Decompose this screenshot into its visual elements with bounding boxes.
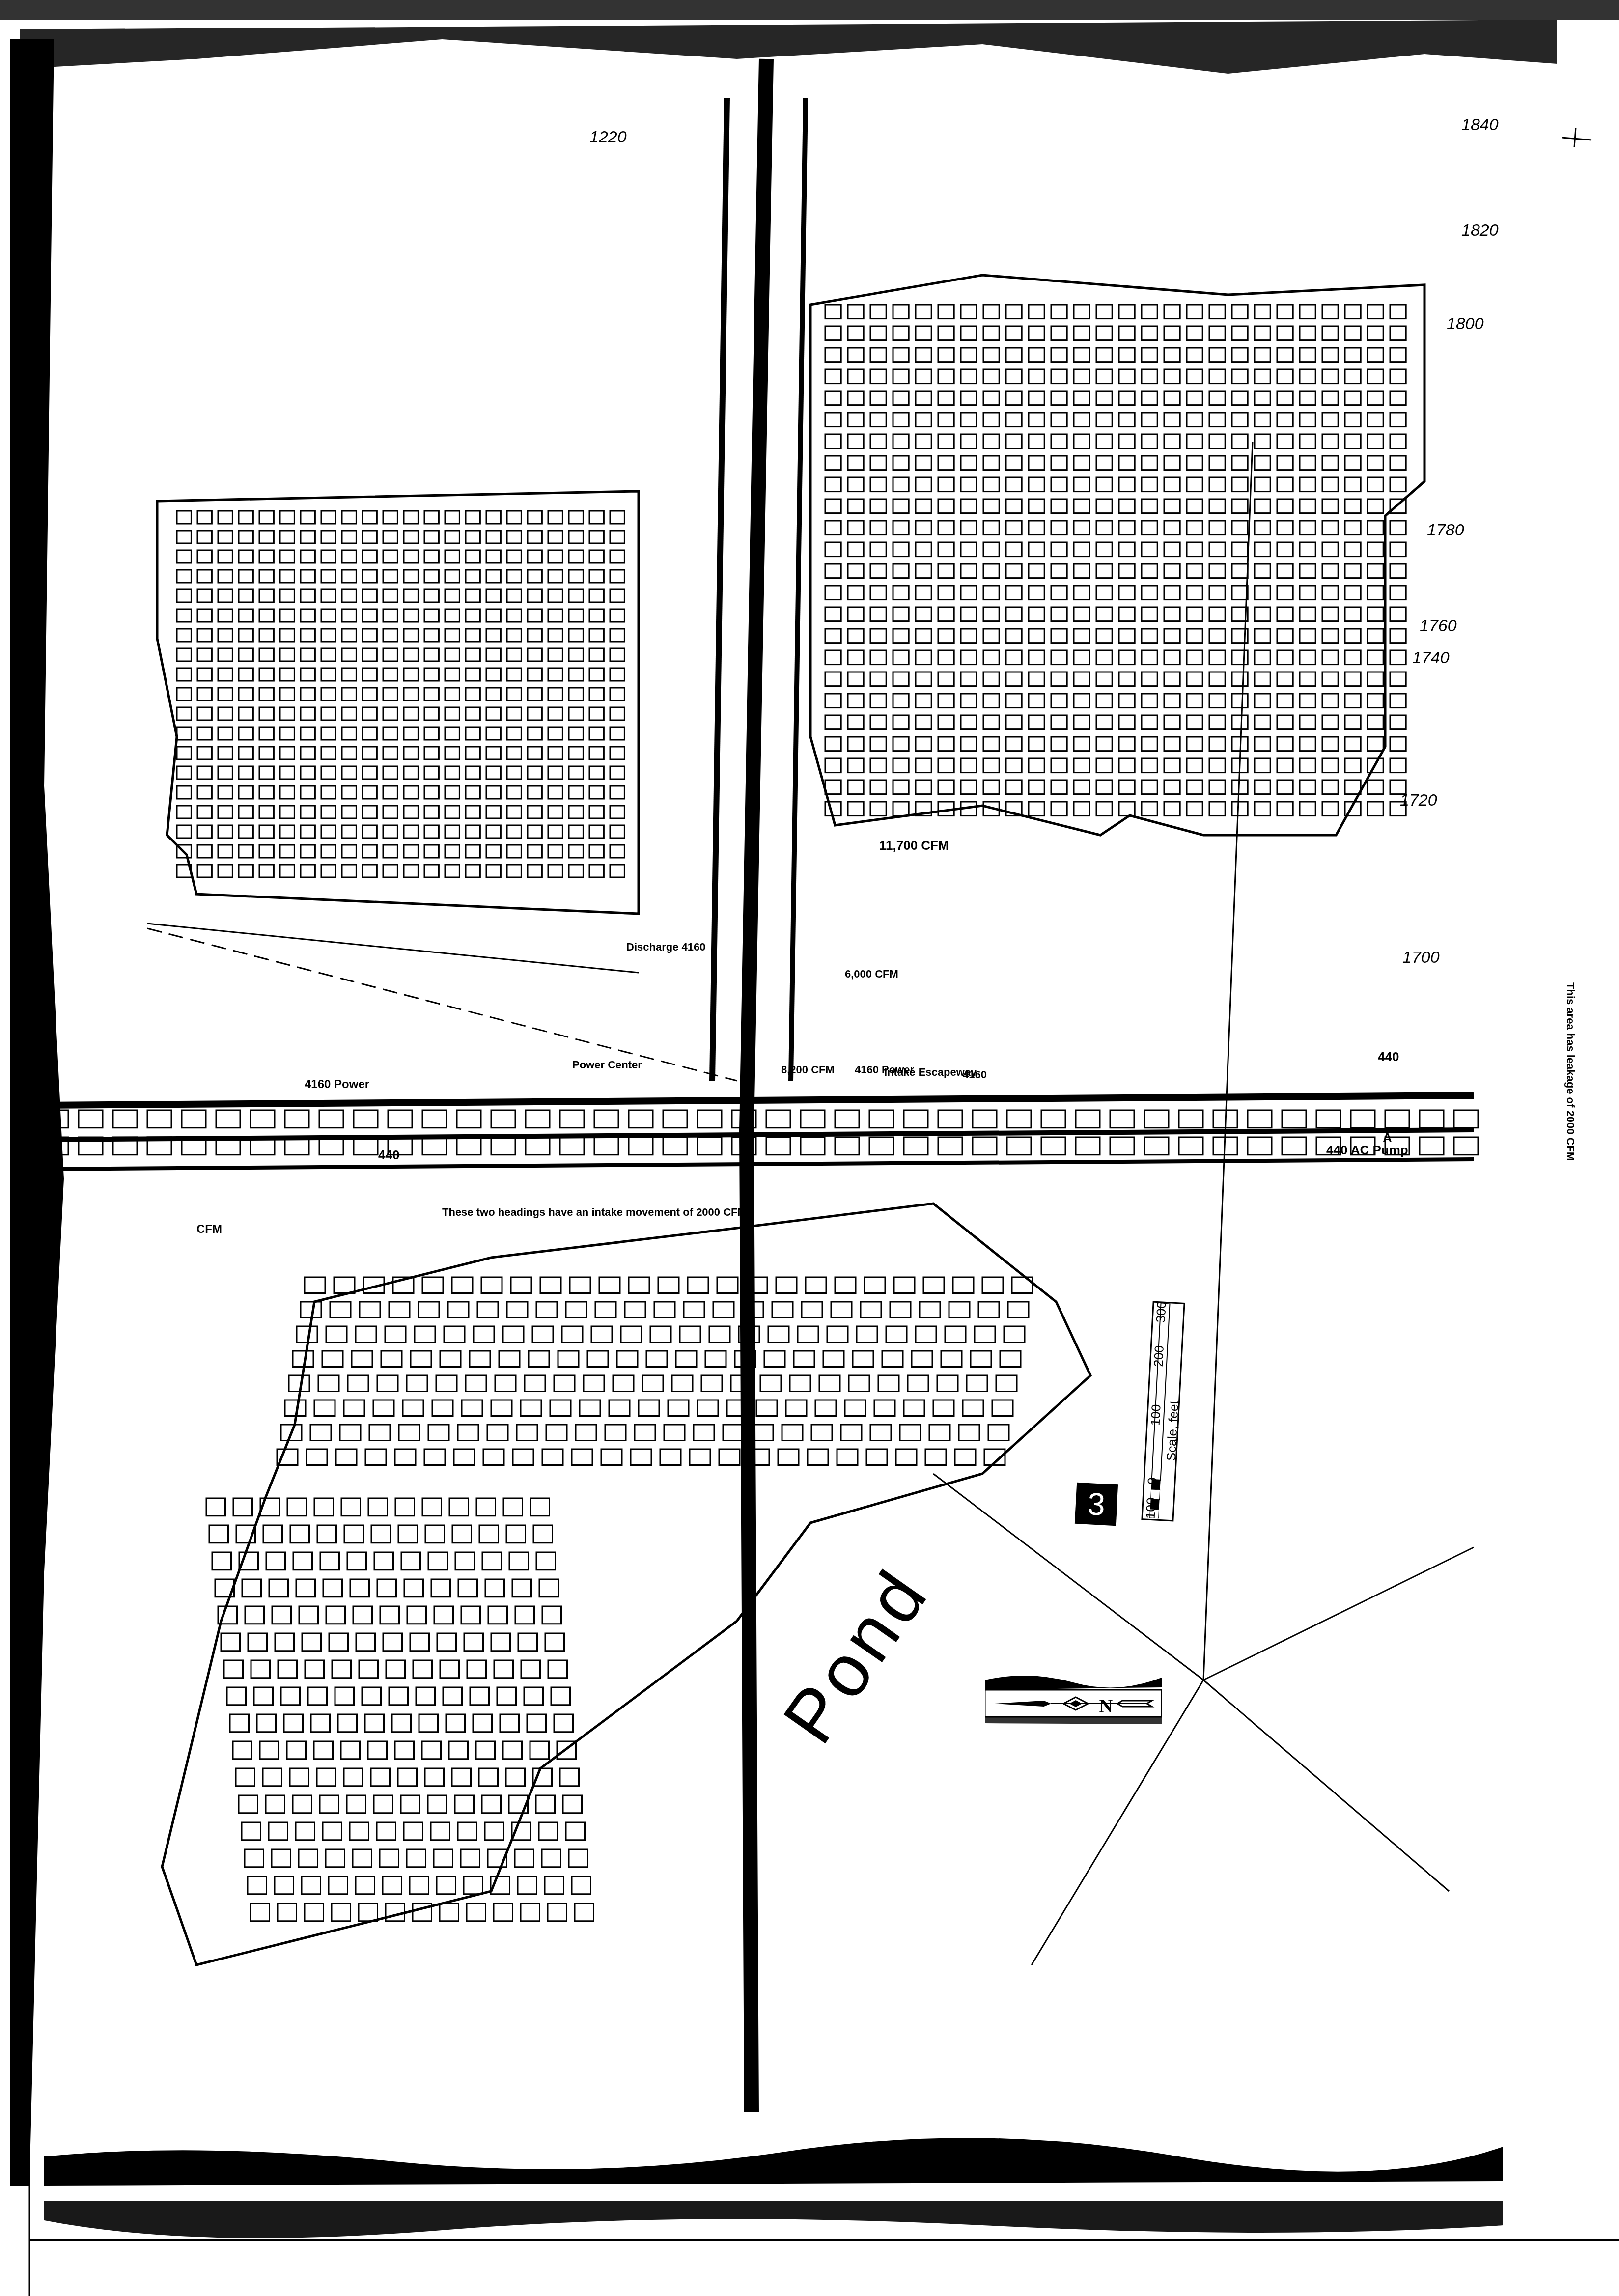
label-a: A [1383,1130,1392,1145]
label-440-right: 440 [1378,1049,1399,1064]
label-11700-cfm: 11,700 CFM [879,838,949,853]
scale-tick-300: 300 [1153,1301,1169,1323]
scale-title: Scale, feet [1164,1400,1182,1461]
mine-workings-upper-right [810,275,1424,835]
headings-intake-note: These two headings have an intake moveme… [442,1206,747,1218]
label-cfm-left: CFM [196,1223,222,1236]
label-power-center: Power Center [572,1059,642,1071]
annotations: 11,700 CFM 8,200 CFM 6,000 CFM CFM These… [196,838,1577,1236]
north-arrow: N [985,1670,1162,1724]
label-8200-cfm: 8,200 CFM [781,1064,835,1076]
label-4160-power-left: 4160 Power [305,1078,369,1091]
label-intake-escapeway: Intake Escapeway [884,1066,977,1078]
sheet-number-badge: 3 [1075,1483,1118,1526]
elevation-1220: 1220 [589,128,627,146]
scale-tick-100: 100 [1147,1404,1164,1426]
elevation-1760: 1760 [1420,616,1457,635]
mine-map: 1840 1820 1800 1780 1760 1740 1720 1700 … [0,0,1619,2296]
elevation-1840: 1840 [1461,115,1499,134]
label-discharge-4160: Discharge 4160 [626,941,705,953]
elevation-1740: 1740 [1412,648,1450,667]
elevation-1820: 1820 [1461,221,1499,240]
scale-tick-200: 200 [1151,1345,1167,1367]
mine-workings-upper-left [157,491,639,914]
north-label: N [1099,1695,1113,1717]
label-440-ac-pump: 440 AC Pump [1326,1143,1408,1157]
main-haulage-entries [39,1095,1478,1169]
scale-tick-0: 0 [1144,1477,1160,1485]
north-arrow-icon: N [985,1670,1162,1724]
elevation-1720: 1720 [1400,791,1437,810]
label-440-left: 440 [378,1148,399,1162]
crosshair-mark [1562,128,1591,147]
elevation-1700: 1700 [1402,948,1440,967]
label-6000-cfm: 6,000 CFM [845,968,898,980]
leakage-note: This area has leakage of 2000 CFM [1564,982,1577,1161]
mine-workings-lower-left [162,1204,1090,1965]
main-vertical-entries [712,59,806,2112]
sheet-number: 3 [1087,1485,1106,1523]
elevation-1780: 1780 [1427,521,1464,539]
scale-tick-100-neg: 100 [1143,1497,1159,1519]
elevation-1800: 1800 [1447,314,1484,333]
